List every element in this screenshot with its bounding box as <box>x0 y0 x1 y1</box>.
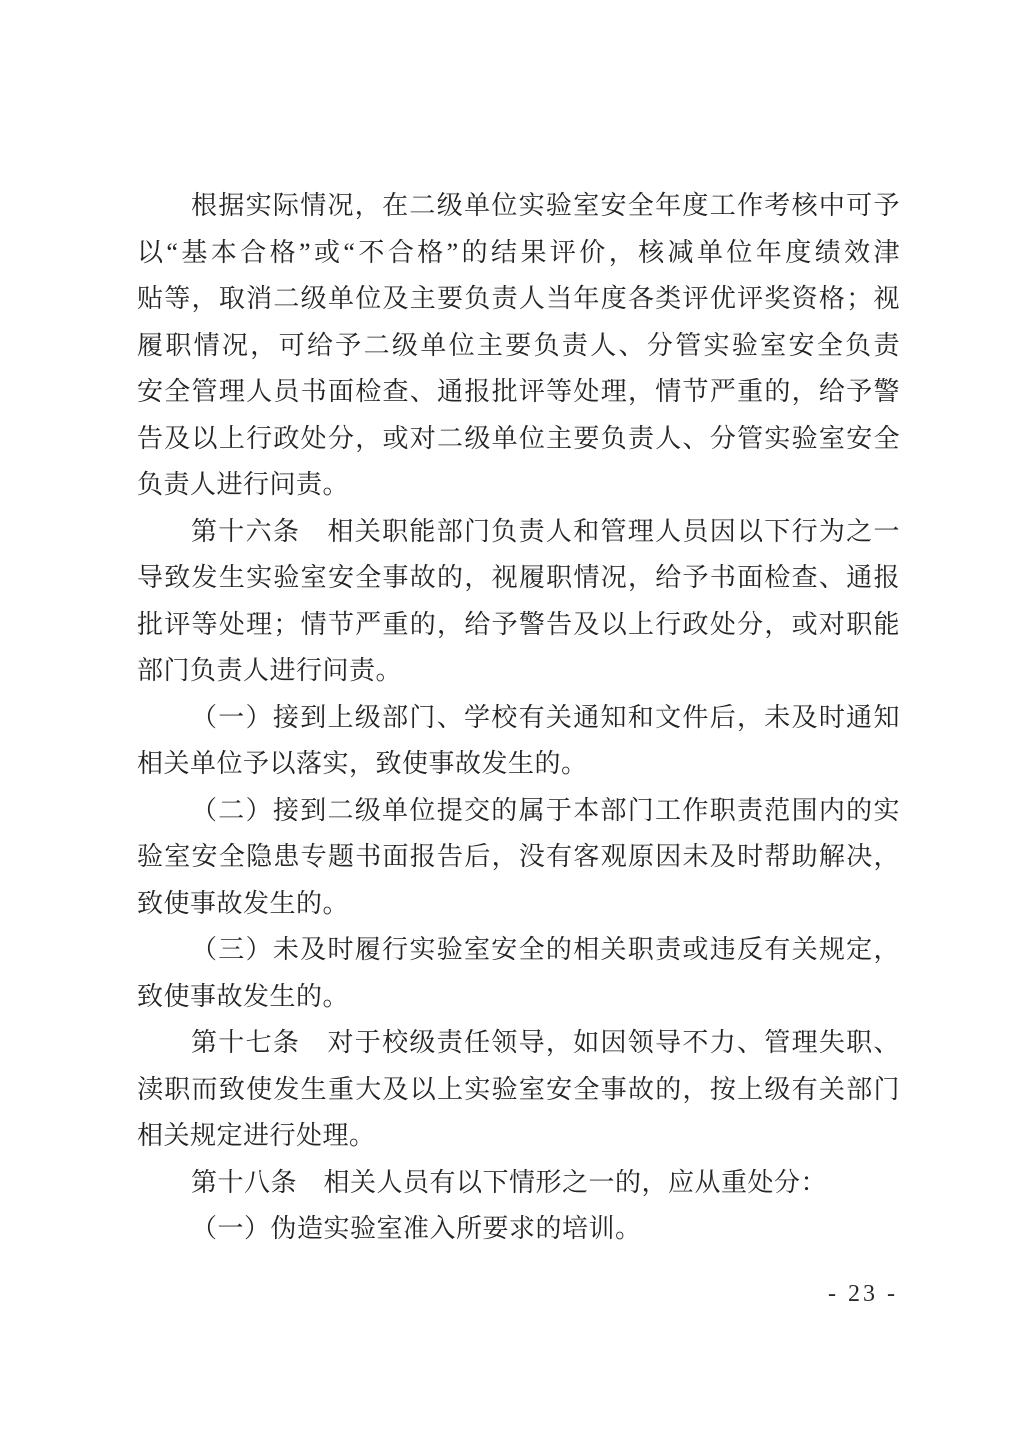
text-line: 第十六条 相关职能部门负责人和管理人员因以下行为之一 <box>137 509 900 556</box>
document-page: 根据实际情况，在二级单位实验室安全年度工作考核中可予以“基本合格”或“不合格”的… <box>0 0 1024 1448</box>
text-line: 第十七条 对于校级责任领导，如因领导不力、管理失职、 <box>137 1020 900 1067</box>
text-line: 第十八条 相关人员有以下情形之一的，应从重处分： <box>137 1160 900 1207</box>
text-line: 告及以上行政处分，或对二级单位主要负责人、分管实验室安全 <box>137 416 900 463</box>
text-line: （二）接到二级单位提交的属于本部门工作职责范围内的实 <box>137 788 900 835</box>
text-line: 致使事故发生的。 <box>137 881 900 928</box>
text-line: 相关单位予以落实，致使事故发生的。 <box>137 741 900 788</box>
text-line: 验室安全隐患专题书面报告后，没有客观原因未及时帮助解决， <box>137 834 900 881</box>
text-line: 安全管理人员书面检查、通报批评等处理，情节严重的，给予警 <box>137 369 900 416</box>
text-line: 渎职而致使发生重大及以上实验室安全事故的，按上级有关部门 <box>137 1067 900 1114</box>
text-line: （一）接到上级部门、学校有关通知和文件后，未及时通知 <box>137 695 900 742</box>
text-line: 履职情况，可给予二级单位主要负责人、分管实验室安全负责人、 <box>137 323 900 370</box>
text-line: 贴等，取消二级单位及主要负责人当年度各类评优评奖资格；视 <box>137 276 900 323</box>
text-line: 批评等处理；情节严重的，给予警告及以上行政处分，或对职能 <box>137 602 900 649</box>
text-line: 根据实际情况，在二级单位实验室安全年度工作考核中可予 <box>137 183 900 230</box>
text-line: （三）未及时履行实验室安全的相关职责或违反有关规定， <box>137 927 900 974</box>
text-line: 相关规定进行处理。 <box>137 1113 900 1160</box>
text-line: 以“基本合格”或“不合格”的结果评价，核减单位年度绩效津 <box>137 230 900 277</box>
text-line: 导致发生实验室安全事故的，视履职情况，给予书面检查、通报 <box>137 555 900 602</box>
page-number: - 23 - <box>808 1281 918 1308</box>
text-line: 负责人进行问责。 <box>137 462 900 509</box>
text-line: （一）伪造实验室准入所要求的培训。 <box>137 1206 900 1253</box>
text-line: 部门负责人进行问责。 <box>137 648 900 695</box>
text-block: 根据实际情况，在二级单位实验室安全年度工作考核中可予以“基本合格”或“不合格”的… <box>137 183 900 1253</box>
text-line: 致使事故发生的。 <box>137 974 900 1021</box>
